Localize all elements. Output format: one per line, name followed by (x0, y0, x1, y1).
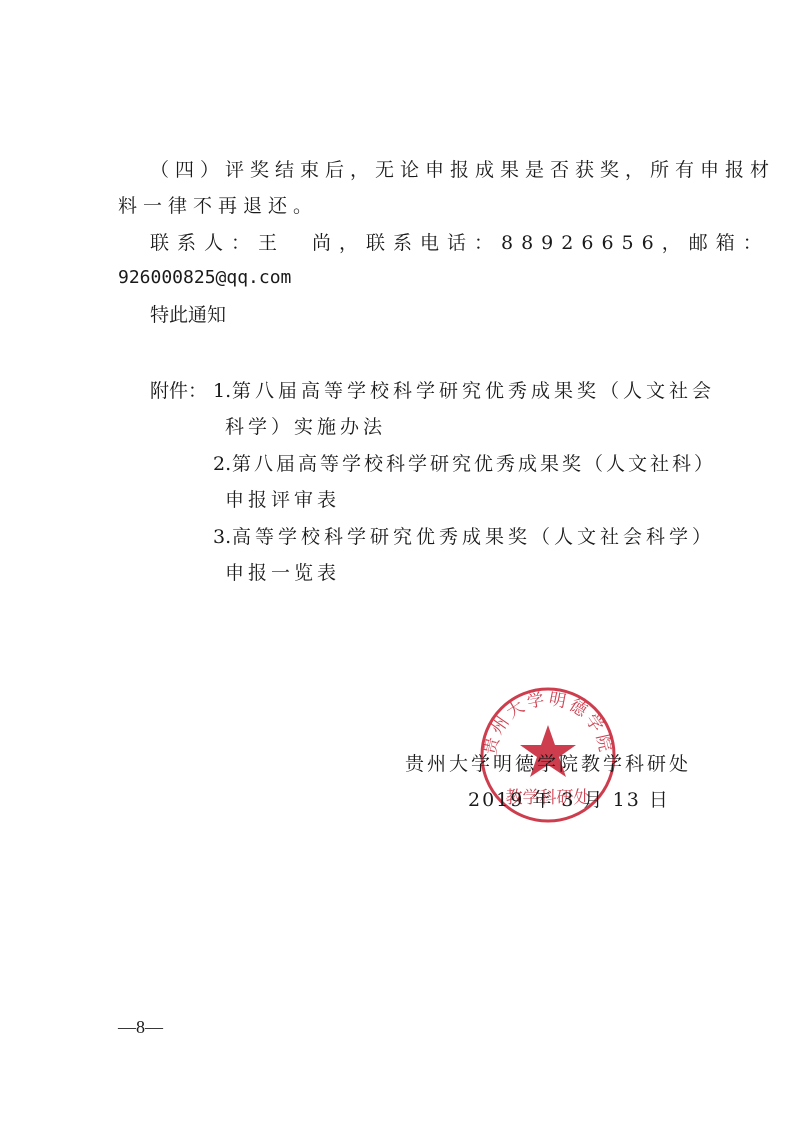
paragraph-four-line2: 料一律不再退还。 (118, 194, 318, 218)
attachment-1-line1: 第八届高等学校科学研究优秀成果奖（人文社会 (232, 379, 715, 403)
attachment-3-line2: 申报一览表 (225, 561, 340, 585)
attachment-3-line1: 高等学校科学研究优秀成果奖（人文社会科学） (232, 525, 715, 549)
attachment-2-line2: 申报评审表 (225, 488, 340, 512)
attachment-2-number: 2. (213, 452, 231, 476)
attachment-1-line2: 科学）实施办法 (225, 415, 386, 439)
attachment-3-number: 3. (213, 525, 231, 549)
document-page: （四）评奖结束后，无论申报成果是否获奖，所有申报材 料一律不再退还。 联系人：王… (0, 0, 793, 1122)
signature-date: 2019 年 3 月 13 日 (468, 788, 670, 812)
contact-line1: 联系人：王 尚，联系电话：88926656，邮箱： (150, 231, 770, 255)
page-number: —8— (118, 1017, 163, 1038)
attachments-label: 附件： (150, 379, 207, 403)
attachment-2-line1: 第八届高等学校科学研究优秀成果奖（人文社科） (232, 452, 716, 476)
closing-text: 特此通知 (150, 303, 226, 327)
attachment-1-number: 1. (213, 379, 231, 403)
paragraph-four-line1: （四）评奖结束后，无论申报成果是否获奖，所有申报材 (150, 158, 775, 182)
signature-organization: 贵州大学明德学院教学科研处 (405, 752, 691, 776)
contact-email: 926000825@qq.com (118, 266, 291, 290)
